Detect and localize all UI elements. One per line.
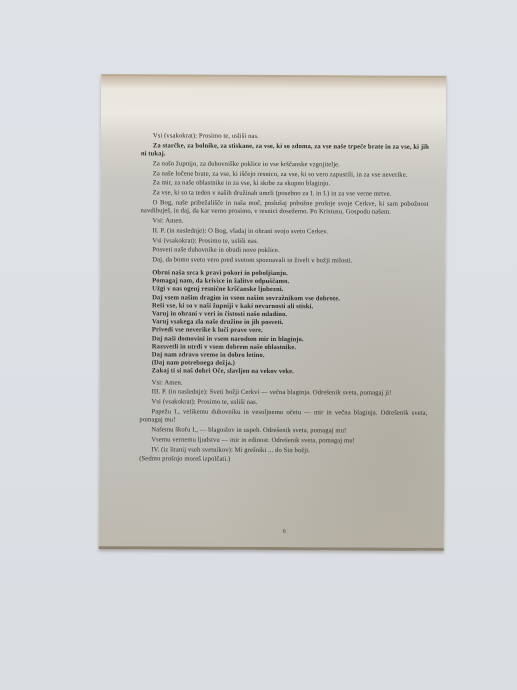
response-line: Vsi (vsakokrat): Prosimo te, usliši nas. — [141, 132, 429, 142]
petition-list: Obrni naša srca k pravi pokori in pobolj… — [140, 269, 429, 377]
prayer-paragraph: O Bog, naše pribežališče in naša moč, po… — [141, 199, 429, 217]
intention-paragraph: Za mir, za naše oblastnike in za vse, ki… — [141, 180, 429, 190]
intention-paragraph: Vsemu vernemu ljudstvu — mir in edinost.… — [139, 436, 427, 446]
intention-paragraph: Za naše ločene brate, za vse, ki iščejo … — [141, 170, 429, 180]
intention-paragraph: Za starčke, za bolnike, za stiskane, za … — [141, 142, 429, 160]
response-line: Vsi (vsakokrat): Prosimo te, usliši nas. — [140, 237, 428, 247]
intention-paragraph: Za vse, ki so ta teden v naših družinah … — [141, 189, 429, 199]
petition-line: Zakaj ti si naš dobri Oče, slavljen na v… — [140, 368, 428, 378]
section-heading: III. P. (in naslednje): Sveti božji Cerk… — [140, 389, 428, 399]
intention-paragraph: Našemu škofu I., — blagoslov in uspeh. O… — [139, 426, 427, 436]
intention-paragraph: Posveti naše duhovnike in obudi nove pok… — [140, 247, 428, 257]
intention-paragraph: Papežu I., velikemu duhovniku in vesoljn… — [139, 408, 427, 426]
section-heading: II. P. (in naslednje): O Bog, vladaj in … — [140, 227, 428, 237]
note-line: (Sedmo prošnjo moreš izpolčati.) — [139, 456, 427, 466]
intention-paragraph: Za našo župnijo, za duhovniške poklice i… — [141, 160, 429, 170]
prayer-text: Vsi (vsakokrat): Prosimo te, usliši nas.… — [139, 132, 429, 467]
intention-paragraph: Daj, da bomo sveto vero pred svetom spoz… — [140, 256, 428, 266]
document-page: Vsi (vsakokrat): Prosimo te, usliši nas.… — [99, 74, 446, 551]
response-line: Vsi (vsakokrat): Prosimo te, usliši nas. — [140, 399, 428, 409]
section-heading: IV. (iz litanij vseh svetnikov): Mi greš… — [139, 446, 427, 456]
amen-line: Vsi: Amen. — [140, 379, 428, 389]
amen-line: Vsi: Amen. — [140, 217, 428, 227]
page-number: 6 — [283, 529, 286, 535]
